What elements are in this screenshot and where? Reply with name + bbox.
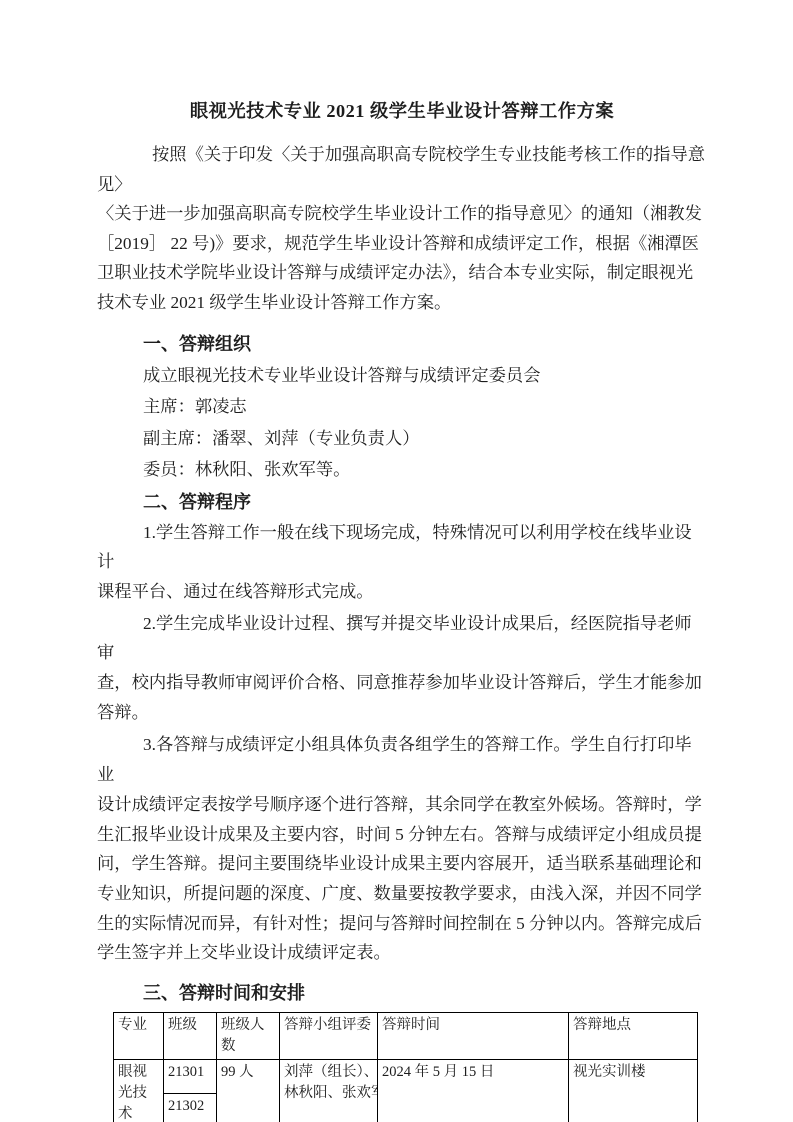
text-line: 卫职业技术学院毕业设计答辩与成绩评定办法》，结合本专业实际，制定眼视光 — [97, 258, 707, 288]
cell-class-21301: 21301 — [164, 1060, 217, 1094]
section-1-heading: 一、答辩组织 — [143, 329, 707, 360]
text-line: 〈关于进一步加强高职高专院校学生毕业设计工作的指导意见〉的通知（湘教发 — [97, 199, 707, 229]
column-header-judges: 答辩小组评委 — [280, 1013, 378, 1060]
section-3-heading: 三、答辩时间和安排 — [143, 978, 707, 1009]
text-line: 专业知识，所提问题的深度、广度、数量要按教学要求，由浅入深，并因不同学 — [97, 879, 707, 909]
section-2-heading: 二、答辩程序 — [143, 487, 707, 518]
text-line: 委员：林秋阳、张欢军等。 — [143, 454, 707, 486]
text-line: 答辩。 — [97, 698, 707, 728]
document-title: 眼视光技术专业 2021 级学生毕业设计答辩工作方案 — [97, 0, 707, 126]
text-line: 查，校内指导教师审阅评价合格、同意推荐参加毕业设计答辩后，学生才能参加 — [97, 668, 707, 698]
cell-defense-location: 视光实训楼 — [569, 1060, 698, 1122]
text-line: 学生签字并上交毕业设计成绩评定表。 — [97, 938, 707, 968]
document-content: 眼视光技术专业 2021 级学生毕业设计答辩工作方案 按照《关于印发〈关于加强高… — [0, 0, 707, 1122]
text-line: 3.各答辩与成绩评定小组具体负责各组学生的答辩工作。学生自行打印毕业 — [97, 730, 707, 789]
cell-judges: 刘萍（组长）、林秋阳、张欢军 — [280, 1060, 378, 1122]
column-header-class: 班级 — [164, 1013, 217, 1060]
intro-paragraph: 按照《关于印发〈关于加强高职高专院校学生专业技能考核工作的指导意见〉〈关于进一步… — [97, 140, 707, 318]
column-header-time: 答辩时间 — [378, 1013, 569, 1060]
text-line: 1.学生答辩工作一般在线下现场完成，特殊情况可以利用学校在线毕业设计 — [97, 518, 707, 577]
table-row-class-21301: 眼视光技术 21301 99 人 刘萍（组长）、林秋阳、张欢军 2024 年 5… — [114, 1060, 698, 1094]
text-line: 生的实际情况而异，有针对性；提问与答辩时间控制在 5 分钟以内。答辩完成后 — [97, 909, 707, 939]
text-line: 主席：郭凌志 — [143, 391, 707, 423]
text-line: 2.学生完成毕业设计过程、撰写并提交毕业设计成果后，经医院指导老师审 — [97, 609, 707, 668]
defense-schedule-table: 专业 班级 班级人数 答辩小组评委 答辩时间 答辩地点 眼视光技术 21301 … — [113, 1012, 698, 1122]
table-header-row: 专业 班级 班级人数 答辩小组评委 答辩时间 答辩地点 — [114, 1013, 698, 1060]
procedure-item-3: 3.各答辩与成绩评定小组具体负责各组学生的答辩工作。学生自行打印毕业设计成绩评定… — [97, 730, 707, 968]
cell-defense-time: 2024 年 5 月 15 日 — [378, 1060, 569, 1122]
text-line: 技术专业 2021 级学生毕业设计答辩工作方案。 — [97, 288, 707, 318]
text-line: 问，学生答辩。提问主要围绕毕业设计成果主要内容展开，适当联系基础理论和 — [97, 849, 707, 879]
text-line: 设计成绩评定表按学号顺序逐个进行答辩，其余同学在教室外候场。答辩时，学 — [97, 790, 707, 820]
procedure-item-1: 1.学生答辩工作一般在线下现场完成，特殊情况可以利用学校在线毕业设计课程平台、通… — [97, 518, 707, 607]
column-header-size: 班级人数 — [217, 1013, 280, 1060]
text-line: 副主席：潘翠、刘萍（专业负责人） — [143, 423, 707, 455]
text-line: 按照《关于印发〈关于加强高职高专院校学生专业技能考核工作的指导意见〉 — [97, 140, 707, 199]
cell-major: 眼视光技术 — [114, 1060, 164, 1122]
text-line: 刘萍（组长）、 — [284, 1062, 373, 1083]
column-header-location: 答辩地点 — [569, 1013, 698, 1060]
document-page: 眼视光技术专业 2021 级学生毕业设计答辩工作方案 按照《关于印发〈关于加强高… — [0, 0, 793, 1122]
procedure-item-2: 2.学生完成毕业设计过程、撰写并提交毕业设计成果后，经医院指导老师审查，校内指导… — [97, 609, 707, 728]
text-line: 课程平台、通过在线答辩形式完成。 — [97, 577, 707, 607]
text-line: 成立眼视光技术专业毕业设计答辩与成绩评定委员会 — [143, 360, 707, 392]
cell-class-21302: 21302 — [164, 1094, 217, 1122]
cell-class-size: 99 人 — [217, 1060, 280, 1122]
committee-roster: 成立眼视光技术专业毕业设计答辩与成绩评定委员会主席：郭凌志副主席：潘翠、刘萍（专… — [143, 360, 707, 486]
text-line: ［2019］ 22 号)》要求，规范学生毕业设计答辩和成绩评定工作，根据《湘潭医 — [97, 229, 707, 259]
column-header-major: 专业 — [114, 1013, 164, 1060]
text-line: 林秋阳、张欢军 — [284, 1083, 373, 1104]
text-line: 生汇报毕业设计成果及主要内容，时间 5 分钟左右。答辩与成绩评定小组成员提 — [97, 820, 707, 850]
